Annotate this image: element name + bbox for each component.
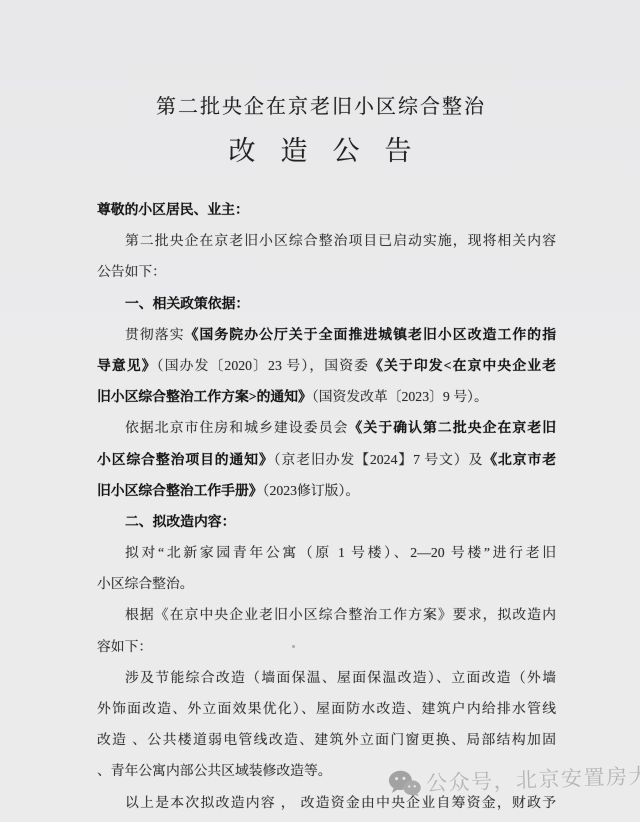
text-segment: 小区综合整治项目的通知》 bbox=[97, 452, 274, 467]
text-segment: 第二批央企在京老旧小区综合整治项目已启动实施，现将相关内容 bbox=[125, 233, 556, 248]
document-body: 尊敬的小区居民、业主：第二批央企在京老旧小区综合整治项目已启动实施，现将相关内容… bbox=[97, 194, 556, 818]
body-line: 一、相关政策依据： bbox=[97, 288, 556, 319]
text-segment: 《关于印发<在京中央企业老 bbox=[369, 358, 556, 373]
document-title-line1: 第二批央企在京老旧小区综合整治 bbox=[0, 97, 640, 117]
body-line: 容如下： bbox=[97, 631, 556, 662]
text-segment: （京老旧办发【2024】7 号文）及 bbox=[274, 452, 484, 467]
text-segment: 以上是本次拟改造内容 ， 改造资金由中央企业自筹资金，财政予 bbox=[125, 795, 556, 810]
text-segment: 拟对“北新家园青年公寓（原 1 号楼）、2—20 号楼”进行老旧 bbox=[125, 545, 556, 560]
text-segment: 《北京市老 bbox=[483, 452, 556, 467]
body-line: 外饰面改造、外立面效果优化）、屋面防水改造、建筑户内给排水管线 bbox=[97, 693, 556, 724]
text-segment: 依据北京市住房和城乡建设委员会 bbox=[125, 420, 349, 435]
body-line: 贯彻落实《国务院办公厅关于全面推进城镇老旧小区改造工作的指 bbox=[97, 319, 556, 350]
text-segment: 旧小区综合整治工作手册》 bbox=[97, 483, 263, 498]
text-segment: 、青年公寓内部公共区域装修改造等。 bbox=[97, 763, 332, 778]
text-segment: 《国务院办公厅关于全面推进城镇老旧小区改造工作的指 bbox=[185, 327, 556, 342]
body-line: 拟对“北新家园青年公寓（原 1 号楼）、2—20 号楼”进行老旧 bbox=[97, 537, 556, 568]
announcement-document: 第二批央企在京老旧小区综合整治 改造公告 尊敬的小区居民、业主：第二批央企在京老… bbox=[0, 0, 640, 822]
text-segment: 根据《在京中央企业老旧小区综合整治工作方案》要求，拟改造内 bbox=[125, 607, 556, 622]
document-title-line2: 改造公告 bbox=[0, 136, 640, 167]
body-line: 依据北京市住房和城乡建设委员会《关于确认第二批央企在京老旧 bbox=[97, 412, 556, 443]
text-segment: 容如下： bbox=[97, 639, 152, 654]
body-line: 旧小区综合整治工作手册》（2023修订版）。 bbox=[97, 475, 556, 506]
text-segment: 旧小区综合整治工作方案>的通知》 bbox=[97, 389, 312, 404]
body-line: 小区综合整治项目的通知》（京老旧办发【2024】7 号文）及《北京市老 bbox=[97, 444, 556, 475]
text-segment: 公告如下： bbox=[97, 264, 166, 279]
text-segment: 一、相关政策依据： bbox=[125, 296, 249, 311]
body-line: 根据《在京中央企业老旧小区综合整治工作方案》要求，拟改造内 bbox=[97, 599, 556, 630]
text-segment: 尊敬的小区居民、业主： bbox=[97, 202, 249, 217]
body-line: 改造 、公共楼道弱电管线改造、建筑外立面门窗更换、局部结构加固 bbox=[97, 724, 556, 755]
text-segment: 小区综合整治。 bbox=[97, 576, 194, 591]
body-line: 以上是本次拟改造内容 ， 改造资金由中央企业自筹资金，财政予 bbox=[97, 787, 556, 818]
text-segment: （国资发改革〔2023〕9 号）。 bbox=[312, 389, 488, 404]
text-segment: 《关于确认第二批央企在京老旧 bbox=[349, 420, 556, 435]
body-line: 导意见》（国办发〔2020〕23 号），国资委《关于印发<在京中央企业老 bbox=[97, 350, 556, 381]
body-line: 小区综合整治。 bbox=[97, 568, 556, 599]
body-line: 涉及节能综合改造（墙面保温、屋面保温改造）、立面改造（外墙 bbox=[97, 662, 556, 693]
body-line: 公告如下： bbox=[97, 256, 556, 287]
body-line: 第二批央企在京老旧小区综合整治项目已启动实施，现将相关内容 bbox=[97, 225, 556, 256]
body-line: 旧小区综合整治工作方案>的通知》（国资发改革〔2023〕9 号）。 bbox=[97, 381, 556, 412]
text-segment: （国办发〔2020〕23 号），国资委 bbox=[157, 358, 369, 373]
body-line: 二、拟改造内容： bbox=[97, 506, 556, 537]
text-segment: 二、拟改造内容： bbox=[125, 514, 235, 529]
text-segment: 贯彻落实 bbox=[125, 327, 185, 342]
text-segment: 导意见》 bbox=[97, 358, 157, 373]
text-segment: 涉及节能综合改造（墙面保温、屋面保温改造）、立面改造（外墙 bbox=[125, 670, 556, 685]
text-segment: 改造 、公共楼道弱电管线改造、建筑外立面门窗更换、局部结构加固 bbox=[97, 732, 556, 747]
text-segment: 外饰面改造、外立面效果优化）、屋面防水改造、建筑户内给排水管线 bbox=[97, 701, 556, 716]
scan-artifact-dot bbox=[292, 645, 295, 648]
body-line: 、青年公寓内部公共区域装修改造等。 bbox=[97, 755, 556, 786]
body-line: 尊敬的小区居民、业主： bbox=[97, 194, 556, 225]
text-segment: （2023修订版）。 bbox=[263, 483, 360, 498]
